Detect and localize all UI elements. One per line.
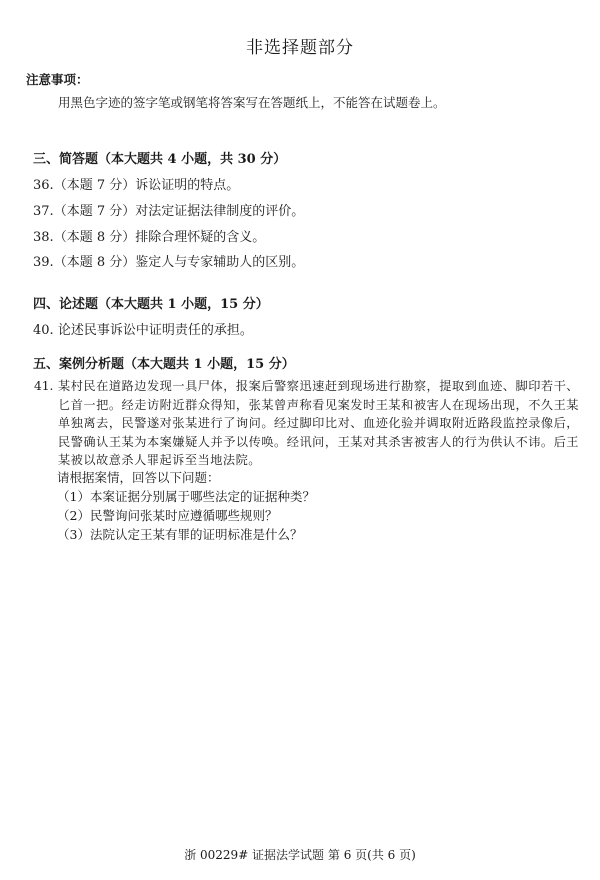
question-37: 37.（本题 7 分）对法定证据法律制度的评价。 — [33, 200, 304, 219]
page-footer: 浙 00229# 证据法学试题 第 6 页(共 6 页) — [0, 846, 600, 863]
question-number: 37. — [33, 204, 54, 219]
question-40: 40. 论述民事诉讼中证明责任的承担。 — [33, 319, 253, 338]
case-description: 某村民在道路边发现一具尸体，报案后警察迅速赶到现场进行勘察，提取到血迹、脚印若干… — [58, 377, 579, 470]
question-number: 38. — [33, 230, 54, 245]
section-heading-essay: 四、论述题（本大题共 1 小题，15 分） — [33, 293, 269, 312]
page-title: 非选择题部分 — [0, 33, 600, 58]
question-39: 39.（本题 8 分）鉴定人与专家辅助人的区别。 — [33, 251, 304, 270]
notes-label: 注意事项： — [26, 70, 89, 88]
notes-text: 用黑色字迹的签字笔或钢笔将答案写在答题纸上，不能答在试题卷上。 — [58, 93, 446, 111]
question-number: 41. — [34, 377, 53, 396]
section-heading-case-analysis: 五、案例分析题（本大题共 1 小题，15 分） — [33, 353, 295, 372]
question-number: 39. — [33, 255, 54, 270]
question-text: （本题 8 分）鉴定人与专家辅助人的区别。 — [54, 255, 305, 270]
sub-question-3: （3）法院认定王某有罪的证明标准是什么？ — [57, 525, 302, 543]
question-text: 论述民事诉讼中证明责任的承担。 — [58, 323, 253, 338]
sub-question-2: （2）民警询问张某时应遵循哪些规则？ — [57, 506, 277, 524]
question-number: 40. — [33, 323, 54, 338]
question-text: （本题 8 分）排除合理怀疑的含义。 — [54, 230, 266, 245]
question-38: 38.（本题 8 分）排除合理怀疑的含义。 — [33, 226, 265, 245]
question-number: 36. — [33, 178, 54, 193]
section-heading-short-answer: 三、简答题（本大题共 4 小题，共 30 分） — [33, 148, 286, 167]
question-36: 36.（本题 7 分）诉讼证明的特点。 — [33, 174, 239, 193]
sub-question-1: （1）本案证据分别属于哪些法定的证据种类？ — [57, 487, 315, 505]
question-41: 41. 某村民在道路边发现一具尸体，报案后警察迅速赶到现场进行勘察，提取到血迹、… — [34, 377, 579, 470]
question-text: （本题 7 分）诉讼证明的特点。 — [54, 178, 240, 193]
case-prompt: 请根据案情，回答以下问题： — [57, 468, 220, 486]
question-text: （本题 7 分）对法定证据法律制度的评价。 — [54, 204, 305, 219]
